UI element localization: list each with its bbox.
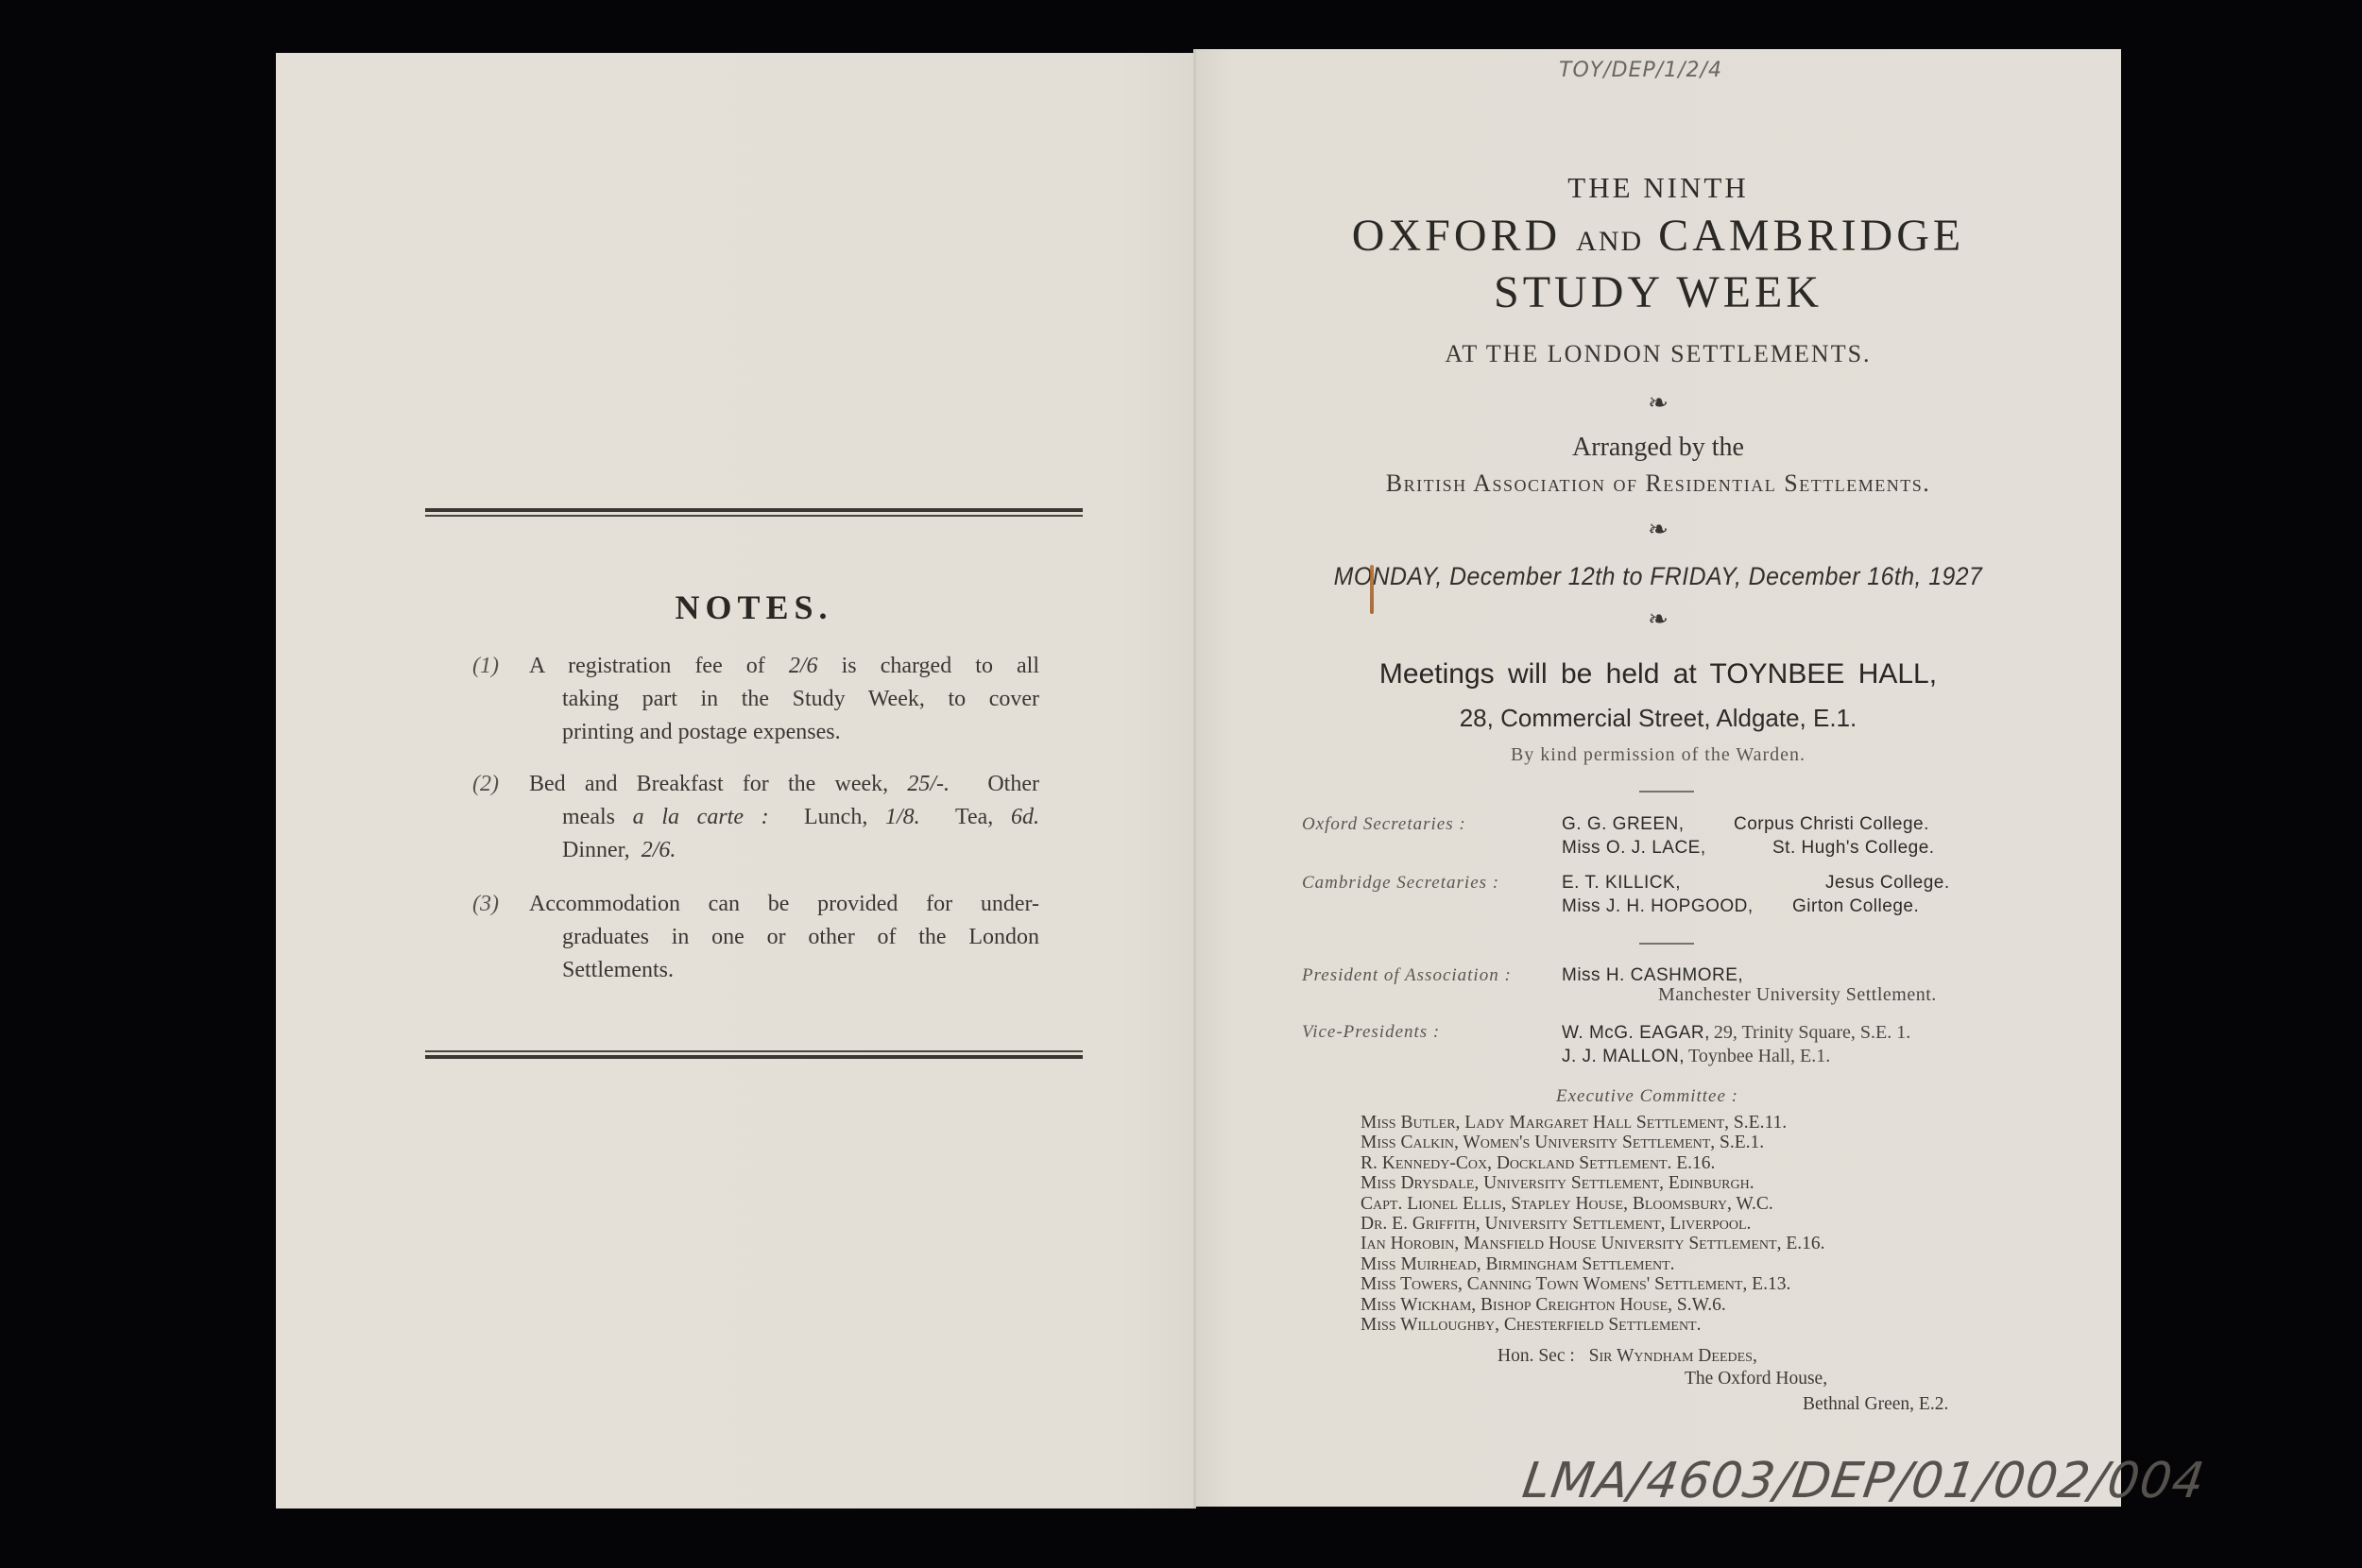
divider bbox=[1639, 791, 1694, 793]
hon-sec-address-1: The Oxford House, bbox=[1685, 1369, 1827, 1389]
committee-member: Dr. E. Griffith, University Settlement, … bbox=[1361, 1214, 1825, 1234]
divider bbox=[1639, 943, 1694, 945]
note-number: (1) bbox=[472, 650, 499, 683]
venue-line-3: By kind permission of the Warden. bbox=[1195, 744, 2121, 766]
note-line: printing and postage expenses. bbox=[472, 716, 1039, 749]
title-oxford: OXFORD bbox=[1352, 211, 1561, 261]
note-line: Settlements. bbox=[472, 954, 1039, 987]
note-line: taking part in the Study Week, to cover bbox=[472, 683, 1039, 716]
note-3: (3) Accommodation can be provided for un… bbox=[472, 888, 1039, 987]
oxford-secretary-college: St. Hugh's College. bbox=[1772, 838, 1935, 859]
fleuron-icon: ❧ bbox=[1195, 516, 2121, 544]
title-cambridge: CAMBRIDGE bbox=[1658, 211, 1964, 261]
fleuron-icon: ❧ bbox=[1195, 605, 2121, 634]
committee-member: Miss Willoughby, Chesterfield Settlement… bbox=[1361, 1315, 1825, 1335]
committee-member: Miss Muirhead, Birmingham Settlement. bbox=[1361, 1254, 1825, 1274]
committee-member: Capt. Lionel Ellis, Stapley House, Bloom… bbox=[1361, 1194, 1825, 1214]
oxford-secretary-name: Miss O. J. LACE, bbox=[1562, 838, 1706, 859]
title-and: AND bbox=[1576, 226, 1643, 257]
committee-member: Miss Wickham, Bishop Creighton House, S.… bbox=[1361, 1295, 1825, 1315]
note-number: (3) bbox=[472, 888, 499, 921]
title-line-1: THE NINTH bbox=[1195, 171, 2121, 205]
committee-member: Miss Drysdale, University Settlement, Ed… bbox=[1361, 1173, 1825, 1193]
notes-heading: NOTES. bbox=[425, 588, 1083, 627]
association-name: British Association of Residential Settl… bbox=[1195, 469, 2121, 498]
vice-president: W. McG. EAGAR, 29, Trinity Square, S.E. … bbox=[1562, 1022, 1910, 1044]
president-name: Miss H. CASHMORE, bbox=[1562, 965, 1743, 986]
committee-member: Miss Towers, Canning Town Womens' Settle… bbox=[1361, 1274, 1825, 1294]
archive-ref-bottom: LMA/4603/DEP/01/002/004 bbox=[1519, 1453, 2209, 1509]
archive-ref-top: TOY/DEP/1/2/4 bbox=[1559, 59, 1722, 82]
note-1: (1) A registration fee of 2/6 is charged… bbox=[472, 650, 1039, 749]
venue-line-1: Meetings will be held at TOYNBEE HALL, bbox=[1195, 658, 2121, 690]
cambridge-secretary-name: Miss J. H. HOPGOOD, bbox=[1562, 896, 1754, 917]
note-line: meals a la carte : Lunch, 1/8. Tea, 6d. bbox=[472, 801, 1039, 834]
note-line: Dinner, 2/6. bbox=[472, 834, 1039, 867]
vice-president-address: 29, Trinity Square, S.E. 1. bbox=[1714, 1022, 1910, 1043]
committee-member: Miss Calkin, Women's University Settleme… bbox=[1361, 1133, 1825, 1152]
vice-president-name: J. J. MALLON, bbox=[1562, 1047, 1685, 1066]
hon-sec-label: Hon. Sec : bbox=[1498, 1346, 1575, 1366]
cambridge-secretary-name: E. T. KILLICK, bbox=[1562, 873, 1681, 894]
cambridge-secretary-college: Jesus College. bbox=[1825, 873, 1950, 894]
president-org: Manchester University Settlement. bbox=[1658, 984, 1937, 1006]
hon-sec-address-2: Bethnal Green, E.2. bbox=[1803, 1394, 1948, 1415]
note-line: Accommodation can be provided for under- bbox=[472, 888, 1039, 921]
vice-presidents-label: Vice-Presidents : bbox=[1302, 1022, 1440, 1043]
president-label: President of Association : bbox=[1302, 965, 1512, 986]
note-line: Bed and Breakfast for the week, 25/-. Ot… bbox=[472, 768, 1039, 801]
note-2: (2) Bed and Breakfast for the week, 25/-… bbox=[472, 768, 1039, 867]
oxford-secretary-name: G. G. GREEN, bbox=[1562, 814, 1685, 835]
top-double-rule bbox=[425, 508, 1083, 517]
vice-president-name: W. McG. EAGAR, bbox=[1562, 1023, 1710, 1043]
title-line-2: OXFORD AND CAMBRIDGE bbox=[1195, 210, 2121, 262]
oxford-secretary-college: Corpus Christi College. bbox=[1734, 814, 1929, 835]
venue-line-2: 28, Commercial Street, Aldgate, E.1. bbox=[1195, 704, 2121, 733]
executive-committee-label: Executive Committee : bbox=[1556, 1086, 1738, 1107]
title-line-4: AT THE LONDON SETTLEMENTS. bbox=[1195, 340, 2121, 368]
committee-member: R. Kennedy-Cox, Dockland Settlement. E.1… bbox=[1361, 1153, 1825, 1173]
cambridge-secretaries-label: Cambridge Secretaries : bbox=[1302, 873, 1499, 894]
vice-president-address: Toynbee Hall, E.1. bbox=[1688, 1046, 1830, 1066]
note-line: A registration fee of 2/6 is charged to … bbox=[472, 650, 1039, 683]
hon-sec-name: Sir Wyndham Deedes, bbox=[1589, 1346, 1757, 1366]
vice-president: J. J. MALLON, Toynbee Hall, E.1. bbox=[1562, 1046, 1830, 1067]
arranged-by: Arranged by the bbox=[1195, 433, 2121, 463]
committee-member: Ian Horobin, Mansfield House University … bbox=[1361, 1234, 1825, 1253]
title-line-3: STUDY WEEK bbox=[1195, 266, 2121, 318]
hon-sec: Hon. Sec : Sir Wyndham Deedes, bbox=[1498, 1346, 1757, 1367]
note-line: graduates in one or other of the London bbox=[472, 921, 1039, 954]
fleuron-icon: ❧ bbox=[1195, 389, 2121, 418]
event-dates: MONDAY, December 12th to FRIDAY, Decembe… bbox=[1232, 562, 2084, 591]
executive-committee-list: Miss Butler, Lady Margaret Hall Settleme… bbox=[1361, 1113, 1825, 1335]
oxford-secretaries-label: Oxford Secretaries : bbox=[1302, 814, 1466, 835]
note-number: (2) bbox=[472, 768, 499, 801]
bottom-double-rule bbox=[425, 1050, 1083, 1059]
cambridge-secretary-college: Girton College. bbox=[1792, 896, 1919, 917]
committee-member: Miss Butler, Lady Margaret Hall Settleme… bbox=[1361, 1113, 1825, 1133]
